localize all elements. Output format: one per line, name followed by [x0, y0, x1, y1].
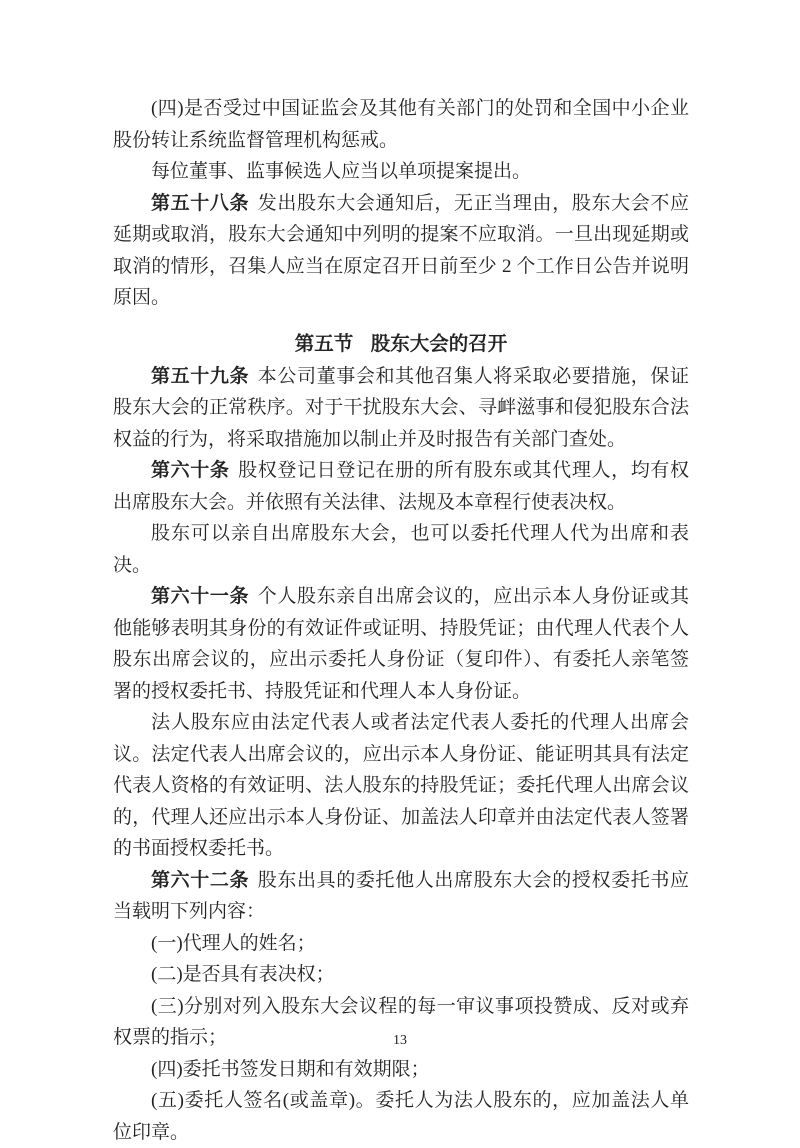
proxy-item-1: (一)代理人的姓名； — [113, 928, 689, 960]
paragraph-text: (一)代理人的姓名； — [151, 933, 316, 954]
proxy-item-2: (二)是否具有表决权； — [113, 959, 689, 991]
article-59: 第五十九条本公司董事会和其他召集人将采取必要措施，保证股东大会的正常秩序。对于干… — [113, 361, 689, 456]
proxy-item-4: (四)委托书签发日期和有效期限； — [113, 1054, 689, 1086]
article-58: 第五十八条发出股东大会通知后，无正当理由，股东大会不应延期或取消，股东大会通知中… — [113, 188, 689, 314]
paragraph-text: 股东可以亲自出席股东大会，也可以委托代理人代为出席和表决。 — [113, 523, 689, 576]
proxy-item-5: (五)委托人签名(或盖章)。委托人为法人股东的，应加盖法人单位印章。 — [113, 1085, 689, 1148]
paragraph-text: (二)是否具有表决权； — [151, 964, 335, 985]
single-proposal-note: 每位董事、监事候选人应当以单项提案提出。 — [113, 156, 689, 188]
paragraph-text: (四)是否受过中国证监会及其他有关部门的处罚和全国中小企业股份转让系统监督管理机… — [113, 98, 689, 151]
corporate-shareholder-para: 法人股东应由法定代表人或者法定代表人委托的代理人出席会议。法定代表人出席会议的，… — [113, 707, 689, 865]
paragraph-text: 每位董事、监事候选人应当以单项提案提出。 — [151, 161, 531, 182]
page-number: 13 — [0, 1033, 800, 1049]
section-5-heading: 第五节股东大会的召开 — [113, 329, 689, 361]
article-60: 第六十条股权登记日登记在册的所有股东或其代理人，均有权出席股东大会。并依照有关法… — [113, 455, 689, 518]
paragraph-text: 法人股东应由法定代表人或者法定代表人委托的代理人出席会议。法定代表人出席会议的，… — [113, 712, 689, 859]
article-number: 第六十条 — [151, 460, 238, 481]
section-number: 第五节 — [295, 334, 371, 355]
section-title: 股东大会的召开 — [371, 334, 508, 355]
document-page: (四)是否受过中国证监会及其他有关部门的处罚和全国中小企业股份转让系统监督管理机… — [113, 93, 689, 1148]
article-number: 第六十一条 — [151, 586, 258, 607]
article-61: 第六十一条个人股东亲自出席会议的，应出示本人身份证或其他能够表明其身份的有效证件… — [113, 581, 689, 707]
article-62: 第六十二条股东出具的委托他人出席股东大会的授权委托书应当载明下列内容： — [113, 865, 689, 928]
proxy-attendance-note: 股东可以亲自出席股东大会，也可以委托代理人代为出席和表决。 — [113, 518, 689, 581]
article-number: 第五十九条 — [151, 366, 258, 387]
article-number: 第五十八条 — [151, 193, 258, 214]
paragraph-text: (四)委托书签发日期和有效期限； — [151, 1059, 430, 1080]
article-number: 第六十二条 — [151, 870, 258, 891]
clause-item-4-penalties: (四)是否受过中国证监会及其他有关部门的处罚和全国中小企业股份转让系统监督管理机… — [113, 93, 689, 156]
paragraph-text: (五)委托人签名(或盖章)。委托人为法人股东的，应加盖法人单位印章。 — [113, 1090, 689, 1143]
